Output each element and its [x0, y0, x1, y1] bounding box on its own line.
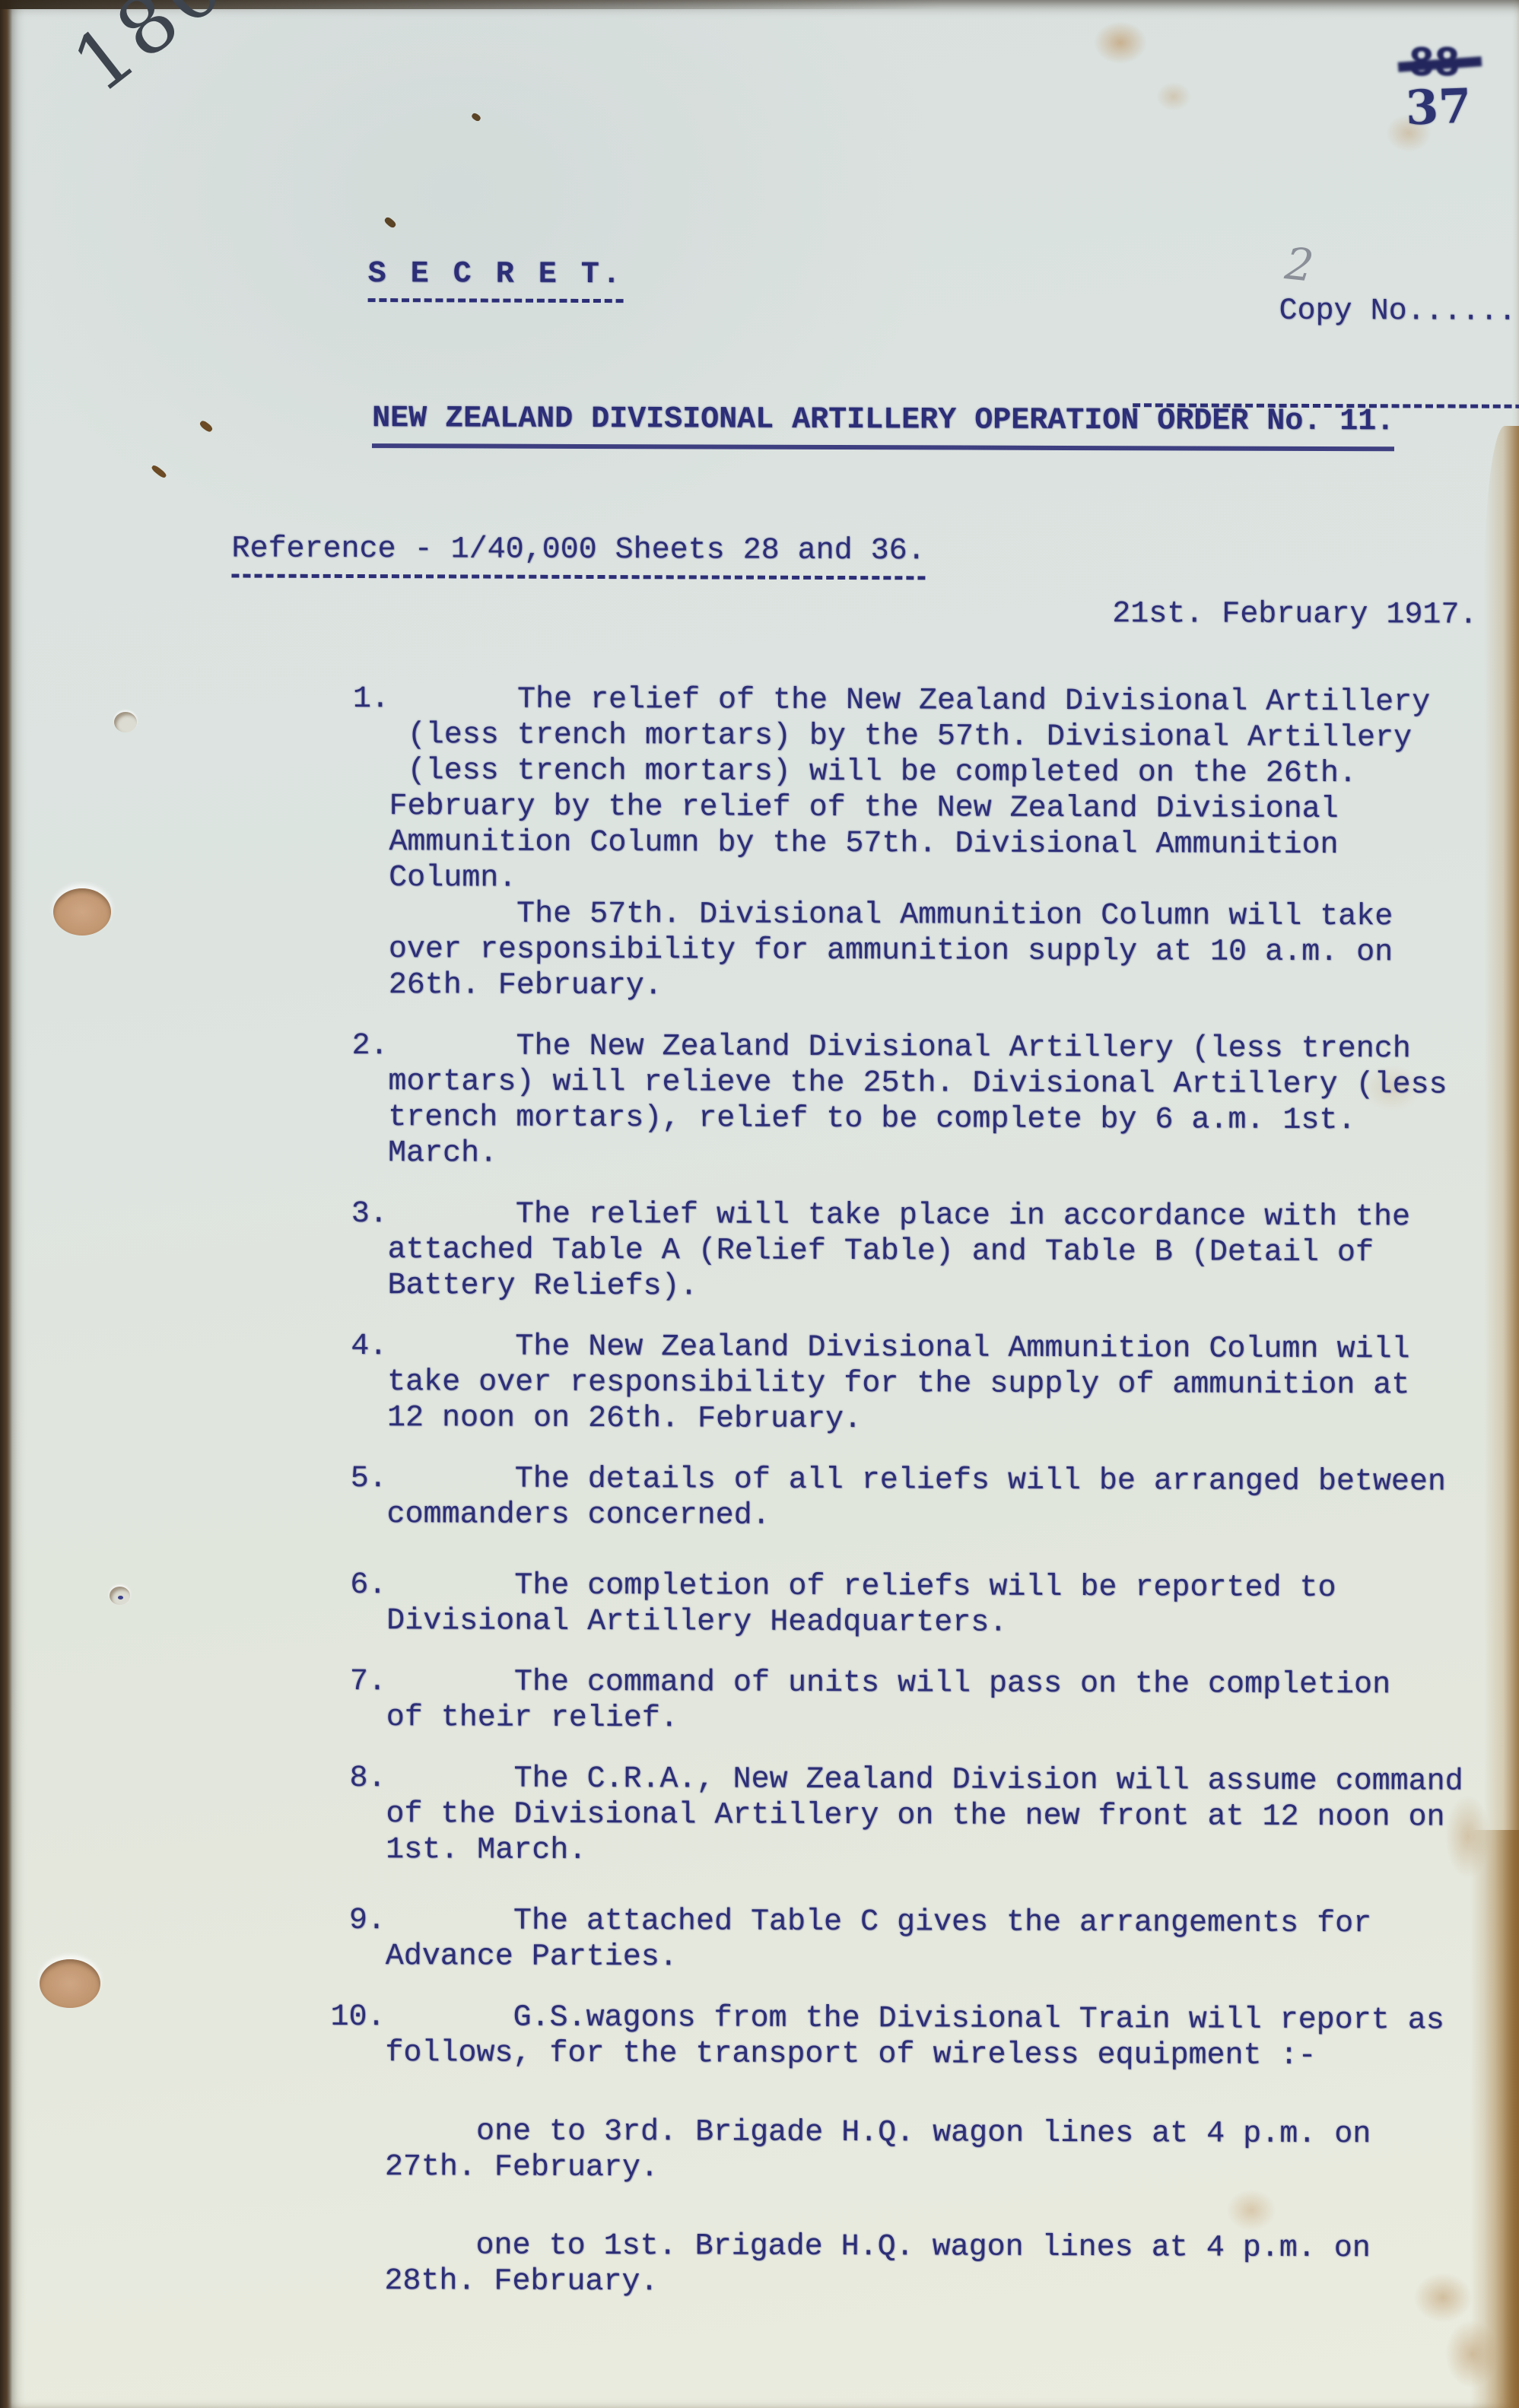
paragraph-3: 3. The relief will take place in accorda…	[332, 1196, 1519, 1307]
paragraph-9: 9. The attached Table C gives the arrang…	[331, 1903, 1517, 1978]
copy-number-value-handwritten: 2	[1282, 237, 1316, 292]
order-paragraphs: 1. The relief of the New Zealand Divisio…	[329, 681, 1519, 2328]
copy-number-line: Copy No....... 2	[1133, 259, 1519, 408]
paragraph-4: 4. The New Zealand Divisional Ammunition…	[332, 1329, 1519, 1440]
reference-line: Reference - 1/40,000 Sheets 28 and 36.	[231, 532, 925, 580]
paragraph-1: 1. The relief of the New Zealand Divisio…	[334, 681, 1519, 1007]
paragraph-5: 5. The details of all reliefs will be ar…	[332, 1461, 1518, 1536]
wagon-subparagraph-2: one to 1st. Brigade H.Q. wagon lines at …	[329, 2228, 1516, 2303]
paragraph-2: 2. The New Zealand Divisional Artillery …	[333, 1028, 1519, 1175]
document-date: 21st. February 1917.	[1112, 597, 1477, 633]
paragraph-7: 7. The command of units will pass on the…	[332, 1664, 1518, 1739]
document-page: 180 88 37 S E C R E T. Copy No....... 2 …	[0, 0, 1519, 2408]
wagon-subparagraph-1: one to 3rd. Brigade H.Q. wagon lines at …	[330, 2114, 1517, 2189]
document-scan: 180 88 37 S E C R E T. Copy No....... 2 …	[0, 0, 1519, 2408]
typewritten-content: S E C R E T. Copy No....... 2 NEW ZEALAN…	[0, 0, 1519, 2408]
paragraph-10: 10. G.S.wagons from the Divisional Train…	[330, 2000, 1517, 2075]
paragraph-8: 8. The C.R.A., New Zealand Division will…	[331, 1761, 1517, 1872]
copy-number-label: Copy No.......	[1279, 294, 1519, 329]
classification-heading: S E C R E T.	[368, 257, 624, 303]
paragraph-6: 6. The completion of reliefs will be rep…	[332, 1568, 1518, 1643]
document-title: NEW ZEALAND DIVISIONAL ARTILLERY OPERATI…	[372, 402, 1394, 451]
